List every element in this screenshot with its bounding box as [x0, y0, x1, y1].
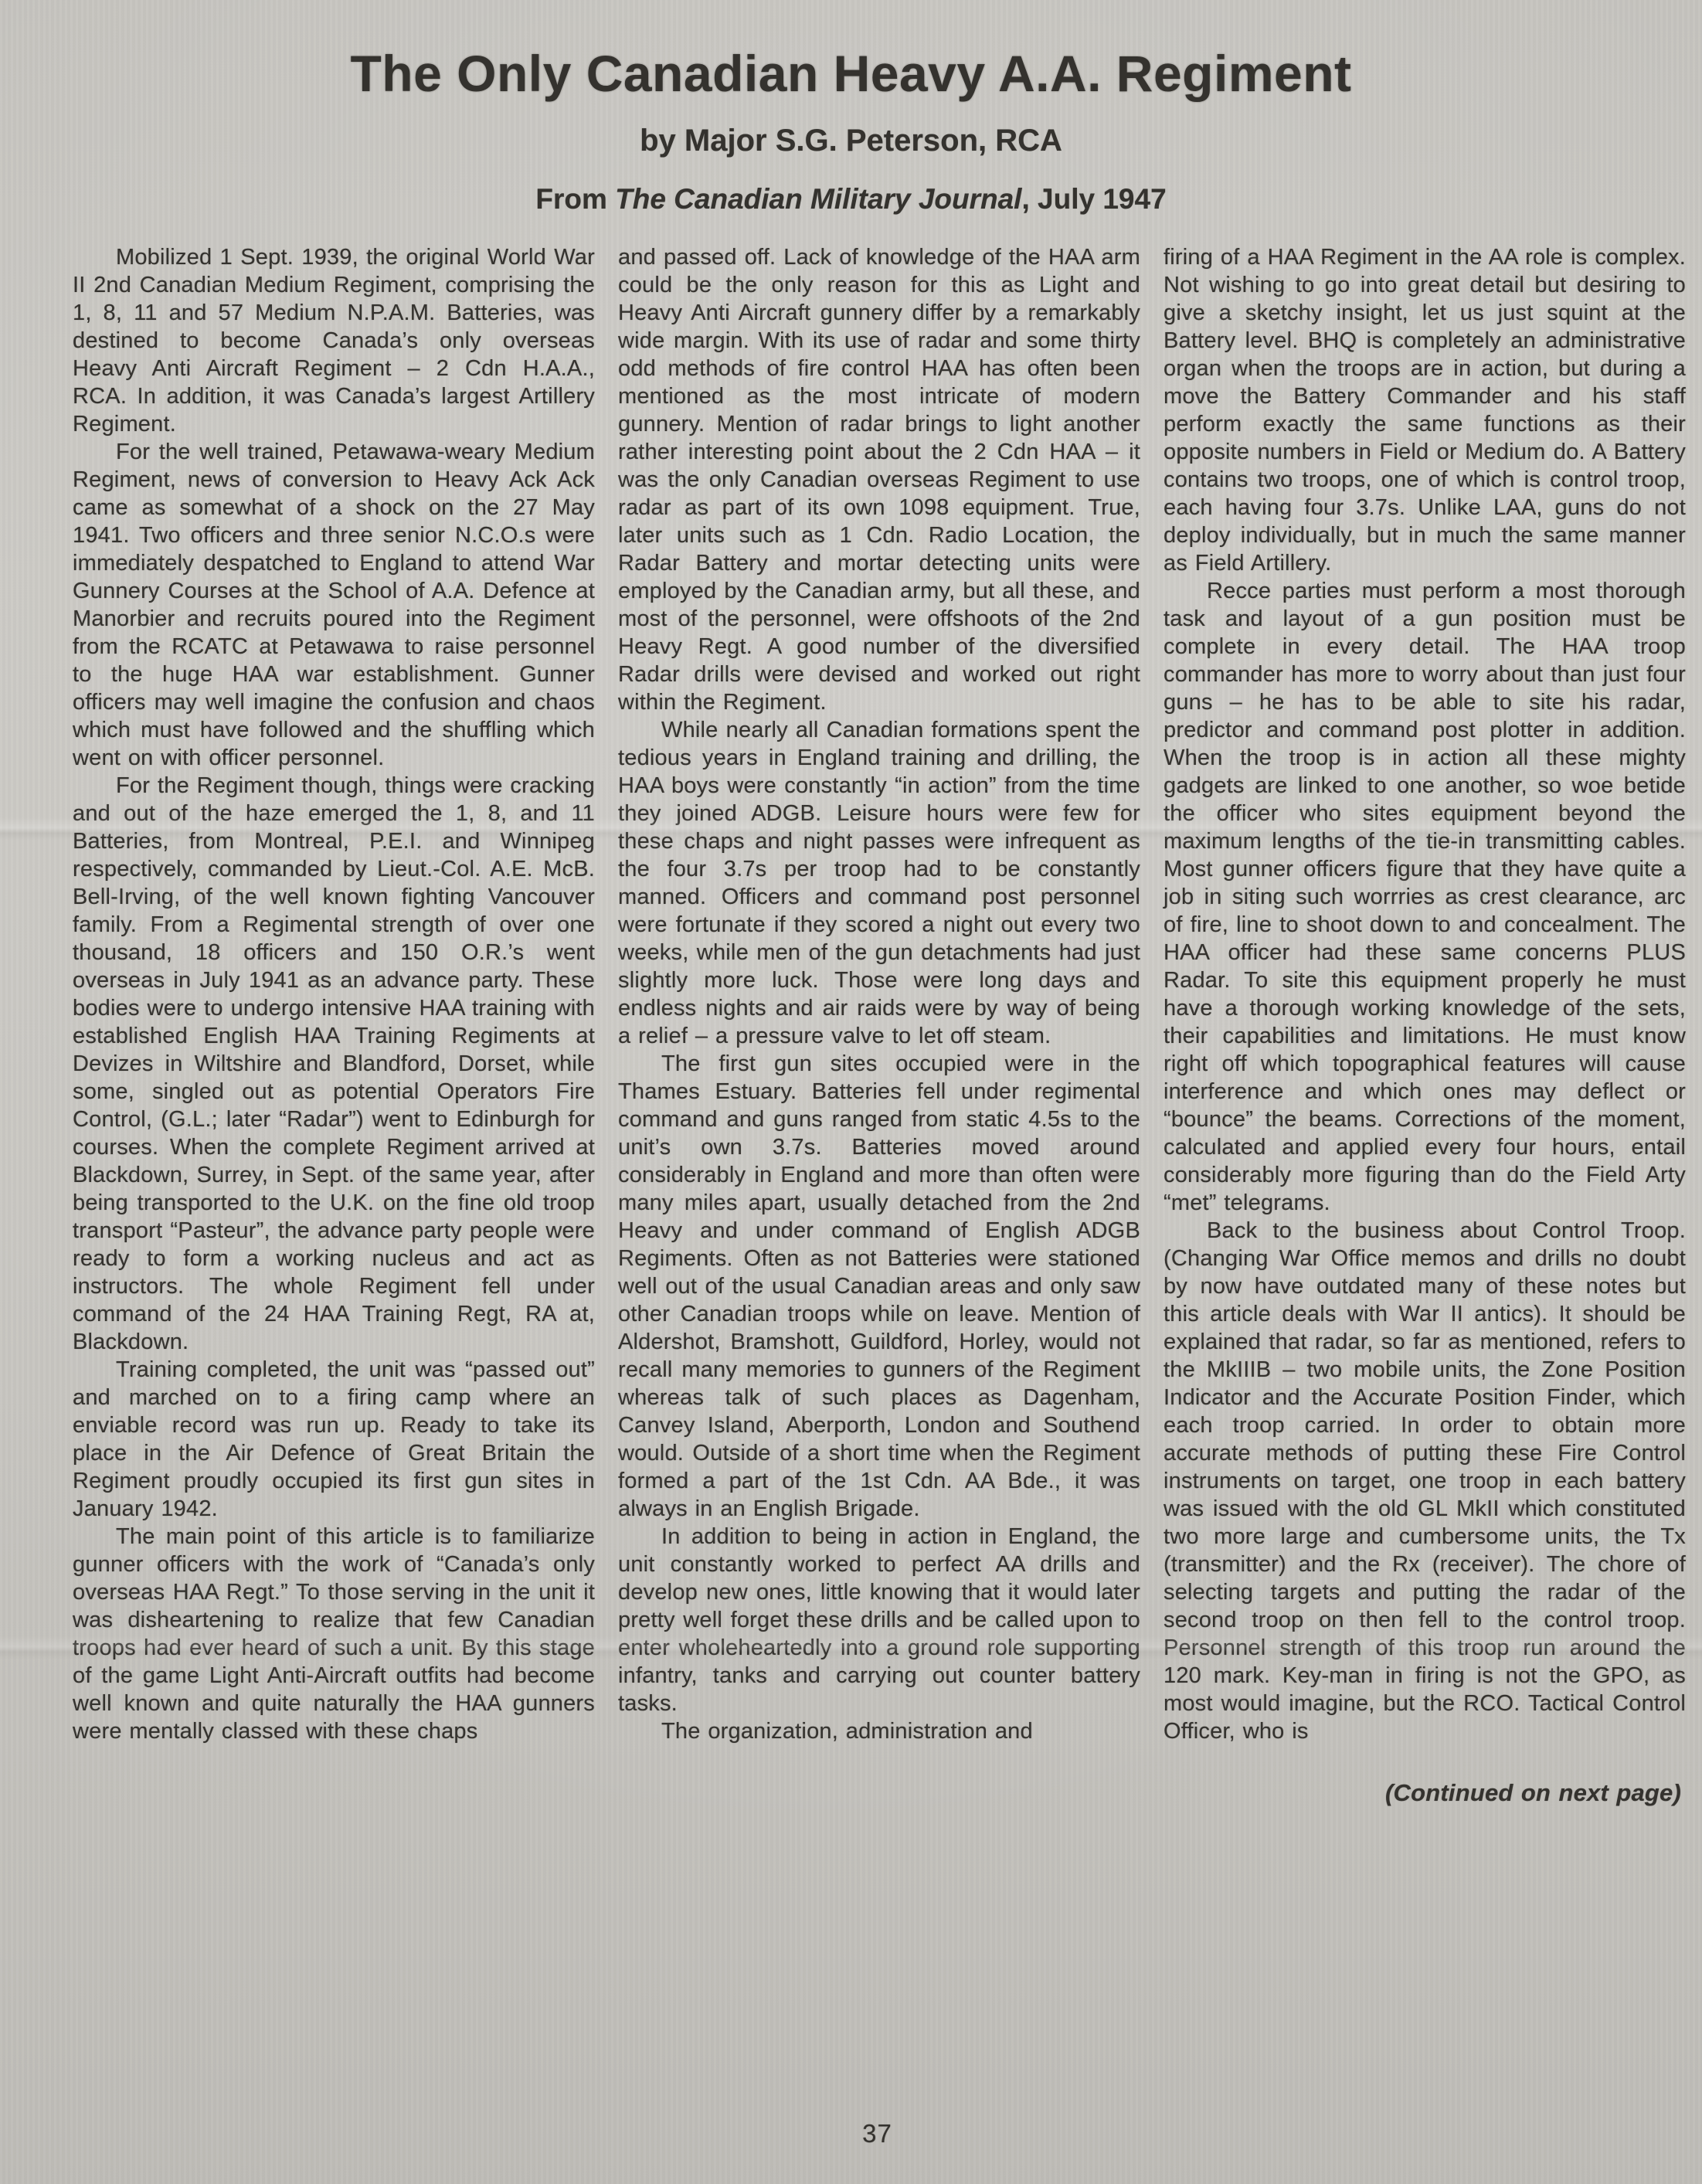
column-3: firing of a HAA Regiment in the AA role …: [1164, 243, 1686, 1807]
paragraph: Recce parties must perform a most thorou…: [1164, 577, 1686, 1217]
paragraph: The organization, administration and: [618, 1717, 1140, 1745]
paragraph: For the Regiment though, things were cra…: [73, 772, 595, 1356]
paragraph: In addition to being in action in Englan…: [618, 1523, 1140, 1717]
article-title: The Only Canadian Heavy A.A. Regiment: [0, 43, 1702, 104]
paragraph: firing of a HAA Regiment in the AA role …: [1164, 243, 1686, 577]
source-suffix: , July 1947: [1021, 183, 1166, 215]
column-1: Mobilized 1 Sept. 1939, the original Wor…: [73, 243, 595, 1745]
paragraph: The first gun sites occupied were in the…: [618, 1050, 1140, 1523]
paragraph: For the well trained, Petawawa-weary Med…: [73, 438, 595, 772]
page-number: 37: [73, 2119, 1682, 2148]
source-journal-name: The Canadian Military Journal: [615, 183, 1021, 215]
byline: by Major S.G. Peterson, RCA: [0, 124, 1702, 158]
article-header: The Only Canadian Heavy A.A. Regiment by…: [0, 0, 1702, 216]
paragraph: While nearly all Canadian formations spe…: [618, 716, 1140, 1050]
paragraph: Training completed, the unit was “passed…: [73, 1356, 595, 1523]
article-columns: Mobilized 1 Sept. 1939, the original Wor…: [0, 243, 1702, 1807]
paragraph: and passed off. Lack of knowledge of the…: [618, 243, 1140, 716]
paragraph: Back to the business about Control Troop…: [1164, 1217, 1686, 1745]
paragraph: The main point of this article is to fam…: [73, 1523, 595, 1745]
source-prefix: From: [535, 183, 615, 215]
source-line: From The Canadian Military Journal, July…: [0, 183, 1702, 216]
continued-note: (Continued on next page): [1164, 1779, 1686, 1807]
page: The Only Canadian Heavy A.A. Regiment by…: [0, 0, 1702, 2184]
column-2: and passed off. Lack of knowledge of the…: [618, 243, 1140, 1745]
paragraph: Mobilized 1 Sept. 1939, the original Wor…: [73, 243, 595, 438]
